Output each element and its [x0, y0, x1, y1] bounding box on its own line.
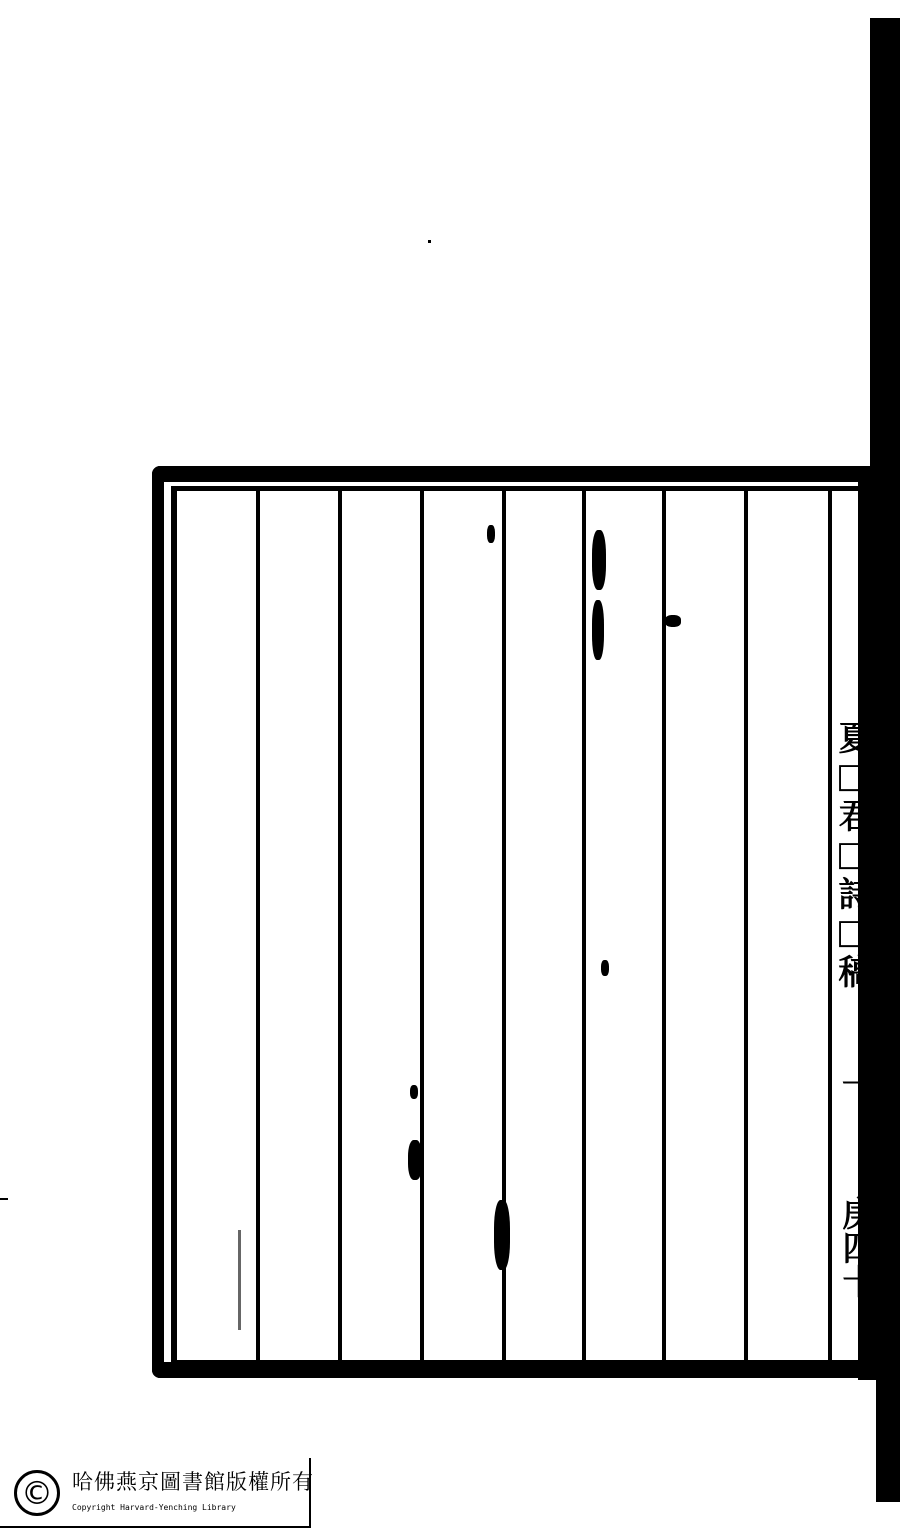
ink-stain — [487, 525, 495, 543]
inner-border-bottom — [176, 1360, 864, 1365]
copyright-chinese-text: 哈佛燕京圖書館版權所有 — [72, 1466, 314, 1496]
ink-stain — [665, 615, 681, 627]
copyright-label: © 哈佛燕京圖書館版權所有 Copyright Harvard-Yenching… — [0, 1458, 311, 1528]
ink-stain — [408, 1140, 422, 1180]
copyright-icon: © — [14, 1470, 60, 1516]
speck — [238, 1230, 241, 1330]
inner-border-left — [171, 486, 177, 1366]
column-rule — [256, 490, 260, 1362]
outer-border-frame — [152, 466, 880, 1378]
scanned-page: 夏□君□詩□稿 一 庚四十 © 哈佛燕京圖書館版權所有 Copyright Ha… — [0, 0, 900, 1530]
column-rule — [582, 490, 586, 1362]
volume-number: 一 — [842, 1060, 872, 1104]
ink-stain — [601, 960, 609, 976]
ink-stain — [592, 600, 604, 660]
column-rule — [744, 490, 748, 1362]
speck — [0, 1198, 8, 1200]
copyright-english-text: Copyright Harvard-Yenching Library — [72, 1503, 236, 1512]
inner-border-top — [176, 486, 864, 491]
column-rule — [420, 490, 424, 1362]
speck — [428, 240, 431, 243]
ink-stain — [592, 530, 606, 590]
ink-stain — [410, 1085, 418, 1099]
book-title: 夏□君□詩□稿 — [832, 720, 872, 990]
folio-label: 庚四十 — [836, 1196, 876, 1298]
ink-stain — [494, 1200, 510, 1270]
column-rule — [338, 490, 342, 1362]
book-spine-edge-upper — [870, 18, 880, 466]
